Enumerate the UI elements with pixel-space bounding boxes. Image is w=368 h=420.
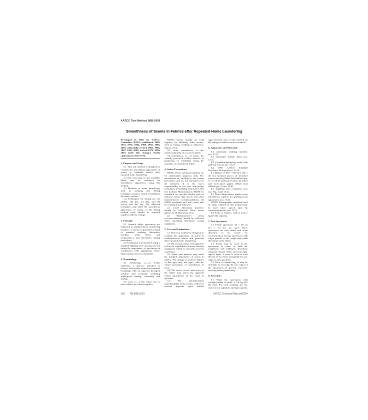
section-paragraph: 1.3 Methods of home laundering, such as … (121, 187, 160, 198)
page-title: Smoothness of Seams in Fabrics after Rep… (121, 129, 248, 133)
section-heading: 7. Test Specimens (208, 220, 247, 223)
section-paragraph: 5.4 The luster, weave and color of the f… (164, 269, 203, 280)
section-heading: 6. Apparatus and Materials (208, 147, 247, 150)
section-paragraph: 3.2 seam, n.—a line where two or more fa… (121, 280, 160, 285)
section-paragraph: 5.2 The test procedure is designed to re… (164, 242, 203, 253)
section-paragraph: 5.3 Prints and patterns may mask the rum… (164, 253, 203, 269)
body-columns: Developed in 1962 by AATCC Committee RA6… (121, 138, 248, 289)
section-paragraph: 1.2 Any seam type in any washable fabric… (121, 176, 160, 187)
scanned-page: AATCC Test Method 88B-2003 Smoothness of… (117, 112, 251, 299)
section-paragraph: 4.2 Manufacturer's safety recommendation… (164, 214, 203, 225)
footer-method-id: TM 88B-2003 (130, 292, 145, 295)
footer-manual-title: AATCC Technical Manual/2004 (213, 292, 248, 295)
section-heading: 2. Principle (121, 219, 160, 222)
section-paragraph: 5.1 This test method is designed to eval… (164, 232, 203, 243)
section-paragraph: 6.8 Scale or balance with at least 5 kg … (208, 212, 247, 217)
section-paragraph: 1.1 This test method is designed to eval… (121, 166, 160, 177)
section-paragraph: NOTE: Seams usually are held together by… (164, 138, 203, 149)
section-heading: 8. Procedure (208, 275, 247, 278)
footer-page-number: 140 (121, 292, 125, 295)
section-paragraph: 3.4 smoothness, n.—of seams, the visuall… (164, 154, 203, 165)
section-paragraph: 7.1 Fabric specimens 38 × 38 cm (15 × 15… (208, 224, 247, 243)
running-header: AATCC Test Method 88B-2003 (121, 119, 248, 122)
section-paragraph: 6.5 Ballast of 920 × 920 mm (36 × 36 in.… (208, 172, 247, 188)
section-paragraph: 2.2 Evaluation is performed using a stan… (121, 242, 160, 255)
document-page: AATCC Test Method 88B-2003 Smoothness of… (117, 112, 251, 299)
section-paragraph: NOTE: These safety precautions are for i… (164, 172, 203, 207)
section-paragraph: 3.1 laundering, n.—of textile materials,… (121, 262, 160, 281)
section-heading: 1. Purpose and Scope (121, 162, 160, 165)
page-footer: 140 TM 88B-2003 AATCC Technical Manual/2… (121, 292, 248, 295)
section-paragraph: 7.2 Seams may be sewn in the specimens i… (208, 242, 247, 261)
sections-container: 1. Purpose and Scope1.1 This test method… (121, 138, 248, 289)
section-paragraph: 7.3 Prior to laundering, it may be desir… (208, 261, 247, 272)
section-heading: 3. Terminology (121, 258, 160, 261)
section-heading: 5. Uses and Limitations (164, 228, 203, 231)
section-paragraph: 2.1 Seamed fabric specimens are subjecte… (121, 223, 160, 242)
development-history: Developed in 1962 by AATCC Committee RA6… (121, 138, 160, 157)
section-paragraph: NOTE: Photographic standards used in ear… (208, 201, 247, 212)
section-heading: 4. Safety Precautions (164, 168, 203, 171)
section-paragraph: 1.4 Techniques for drying are: (a) tumbl… (121, 198, 160, 217)
